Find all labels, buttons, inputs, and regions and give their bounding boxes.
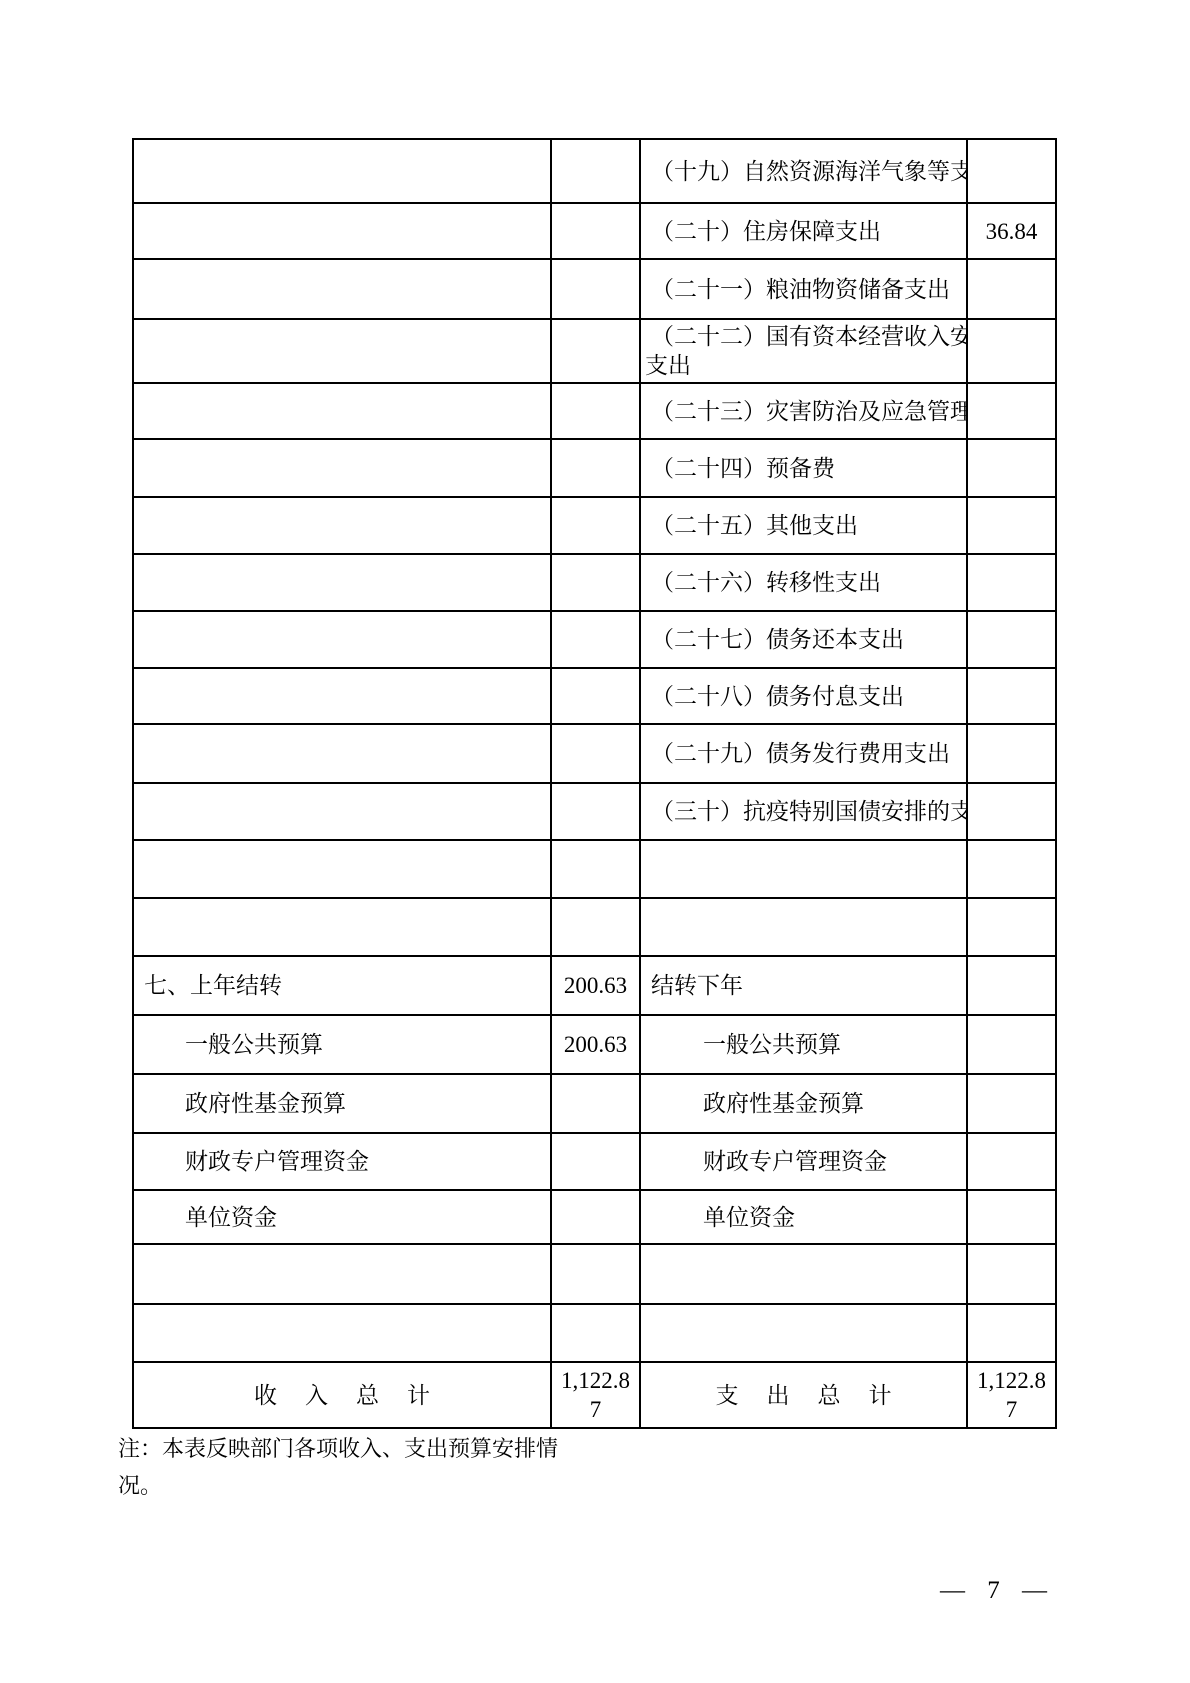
income-item-cell — [134, 555, 552, 610]
income-total-label: 收入总计 — [134, 1363, 552, 1427]
table-row: （二十一）粮油物资储备支出 — [134, 260, 1055, 320]
expense-value-cell — [968, 784, 1055, 839]
table-row: （二十六）转移性支出 — [134, 555, 1055, 612]
income-value-cell — [552, 1191, 641, 1243]
income-item-cell — [134, 1305, 552, 1361]
expense-value-cell — [968, 1134, 1055, 1189]
income-value-cell — [552, 440, 641, 496]
expense-value-cell — [968, 384, 1055, 438]
expense-value-cell — [968, 1245, 1055, 1303]
income-value-cell — [552, 841, 641, 897]
expense-item-cell: 结转下年 — [641, 957, 968, 1014]
table-row — [134, 841, 1055, 899]
expense-value-cell — [968, 1191, 1055, 1243]
income-item-cell — [134, 612, 552, 667]
income-item-cell — [134, 498, 552, 553]
table-row: （二十二）国有资本经营收入安排 支出 — [134, 320, 1055, 384]
expense-item-cell: （十九）自然资源海洋气象等支出 — [641, 140, 968, 202]
table-row: 财政专户管理资金 财政专户管理资金 — [134, 1134, 1055, 1191]
income-item-cell — [134, 320, 552, 382]
income-value-cell — [552, 1305, 641, 1361]
expense-item-cell — [641, 1245, 968, 1303]
expense-value-cell — [968, 440, 1055, 496]
budget-table: （十九）自然资源海洋气象等支出 （二十）住房保障支出 36.84 （二十一）粮油… — [132, 138, 1057, 1429]
expense-item-cell: （二十七）债务还本支出 — [641, 612, 968, 667]
income-value-cell — [552, 204, 641, 258]
expense-item-cell: （二十一）粮油物资储备支出 — [641, 260, 968, 318]
income-value-cell — [552, 669, 641, 723]
income-value-cell — [552, 612, 641, 667]
expense-item-cell — [641, 1305, 968, 1361]
table-row: （二十五）其他支出 — [134, 498, 1055, 555]
income-item-cell — [134, 440, 552, 496]
income-value-cell — [552, 1134, 641, 1189]
income-item-cell — [134, 1245, 552, 1303]
table-row-totals: 收入总计 1,122.8 7 支出总计 1,122.8 7 — [134, 1363, 1055, 1427]
expense-item-cell — [641, 841, 968, 897]
table-row — [134, 1245, 1055, 1305]
expense-value-cell — [968, 725, 1055, 782]
income-total-value-line1: 1,122.8 — [561, 1366, 630, 1395]
expense-value-cell — [968, 1305, 1055, 1361]
income-item-cell — [134, 841, 552, 897]
table-row: （二十）住房保障支出 36.84 — [134, 204, 1055, 260]
income-item-cell: 政府性基金预算 — [134, 1075, 552, 1132]
table-row: 七、上年结转 200.63 结转下年 — [134, 957, 1055, 1016]
income-item-cell — [134, 384, 552, 438]
income-item-cell: 单位资金 — [134, 1191, 552, 1243]
income-value-cell — [552, 260, 641, 318]
table-row: 单位资金 单位资金 — [134, 1191, 1055, 1245]
expense-item-cell: 政府性基金预算 — [641, 1075, 968, 1132]
expense-value-cell — [968, 140, 1055, 202]
income-value-cell: 200.63 — [552, 957, 641, 1014]
expense-item-cell: （二十）住房保障支出 — [641, 204, 968, 258]
footnote-line1: 注：本表反映部门各项收入、支出预算安排情 — [118, 1430, 678, 1467]
income-value-cell — [552, 320, 641, 382]
income-item-cell — [134, 260, 552, 318]
income-value-cell — [552, 498, 641, 553]
expense-value-cell — [968, 1016, 1055, 1073]
expense-item-cell: （二十二）国有资本经营收入安排 支出 — [641, 320, 968, 382]
expense-total-value: 1,122.8 7 — [968, 1363, 1055, 1427]
table-row: 政府性基金预算 政府性基金预算 — [134, 1075, 1055, 1134]
expense-item-cell: 单位资金 — [641, 1191, 968, 1243]
income-value-cell — [552, 725, 641, 782]
expense-item-cell: （二十三）灾害防治及应急管理 — [641, 384, 968, 438]
income-item-cell — [134, 899, 552, 955]
document-page: （十九）自然资源海洋气象等支出 （二十）住房保障支出 36.84 （二十一）粮油… — [0, 0, 1190, 1683]
income-item-cell: 财政专户管理资金 — [134, 1134, 552, 1189]
expense-value-cell — [968, 899, 1055, 955]
table-row: （二十七）债务还本支出 — [134, 612, 1055, 669]
table-footnote: 注：本表反映部门各项收入、支出预算安排情 况。 — [118, 1430, 678, 1504]
expense-value-cell — [968, 555, 1055, 610]
expense-total-value-line1: 1,122.8 — [977, 1366, 1046, 1395]
expense-item-cell: 一般公共预算 — [641, 1016, 968, 1073]
table-row: （二十九）债务发行费用支出 — [134, 725, 1055, 784]
expense-item-cell: （二十四）预备费 — [641, 440, 968, 496]
expense-item-line1: （二十二）国有资本经营收入安排 — [645, 322, 968, 351]
expense-item-cell: （二十九）债务发行费用支出 — [641, 725, 968, 782]
income-item-cell: 七、上年结转 — [134, 957, 552, 1014]
expense-value-cell: 36.84 — [968, 204, 1055, 258]
table-row: （三十）抗疫特别国债安排的支出 — [134, 784, 1055, 841]
expense-item-cell — [641, 899, 968, 955]
income-value-cell — [552, 555, 641, 610]
expense-value-cell — [968, 612, 1055, 667]
page-number: — 7 — — [940, 1577, 1049, 1605]
table-row: （十九）自然资源海洋气象等支出 — [134, 140, 1055, 204]
income-value-cell — [552, 784, 641, 839]
expense-item-cell: （二十五）其他支出 — [641, 498, 968, 553]
expense-total-value-line2: 7 — [1006, 1395, 1018, 1424]
table-row — [134, 1305, 1055, 1363]
expense-item-cell: 财政专户管理资金 — [641, 1134, 968, 1189]
income-value-cell — [552, 384, 641, 438]
expense-item-cell: （三十）抗疫特别国债安排的支出 — [641, 784, 968, 839]
income-item-cell — [134, 204, 552, 258]
table-row: （二十三）灾害防治及应急管理 — [134, 384, 1055, 440]
income-item-cell — [134, 669, 552, 723]
expense-value-cell — [968, 841, 1055, 897]
income-total-value-line2: 7 — [590, 1395, 602, 1424]
income-item-cell — [134, 725, 552, 782]
expense-item-line2: 支出 — [645, 351, 691, 380]
income-total-value: 1,122.8 7 — [552, 1363, 641, 1427]
expense-value-cell — [968, 260, 1055, 318]
income-value-cell: 200.63 — [552, 1016, 641, 1073]
expense-value-cell — [968, 498, 1055, 553]
income-value-cell — [552, 1245, 641, 1303]
expense-value-cell — [968, 957, 1055, 1014]
expense-item-cell: （二十六）转移性支出 — [641, 555, 968, 610]
income-item-cell: 一般公共预算 — [134, 1016, 552, 1073]
expense-value-cell — [968, 1075, 1055, 1132]
table-row: 一般公共预算 200.63 一般公共预算 — [134, 1016, 1055, 1075]
table-row — [134, 899, 1055, 957]
expense-value-cell — [968, 320, 1055, 382]
income-item-cell — [134, 140, 552, 202]
table-row: （二十八）债务付息支出 — [134, 669, 1055, 725]
income-value-cell — [552, 899, 641, 955]
income-value-cell — [552, 140, 641, 202]
income-item-cell — [134, 784, 552, 839]
footnote-line2: 况。 — [118, 1467, 678, 1504]
table-row: （二十四）预备费 — [134, 440, 1055, 498]
expense-value-cell — [968, 669, 1055, 723]
expense-total-label: 支出总计 — [641, 1363, 968, 1427]
expense-item-cell: （二十八）债务付息支出 — [641, 669, 968, 723]
income-value-cell — [552, 1075, 641, 1132]
